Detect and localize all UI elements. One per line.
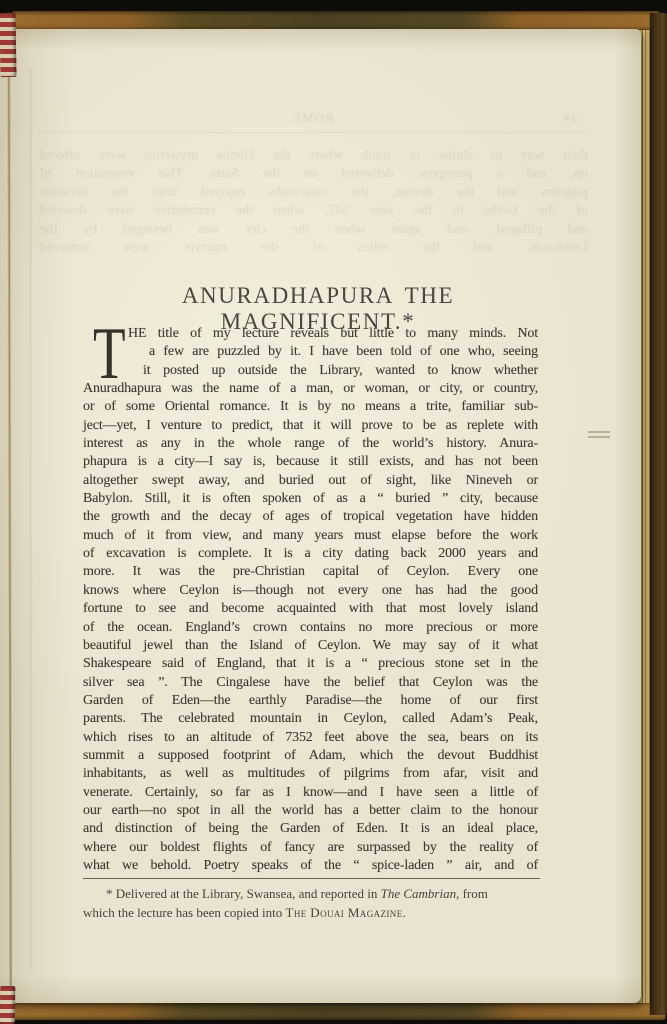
body-line: more. It was the pre-Christian capital o… bbox=[83, 563, 538, 581]
body-line: where our boldest flights of fancy are s… bbox=[83, 839, 538, 857]
body-line: beautiful jewel than the Island of Ceylo… bbox=[83, 637, 538, 655]
footnote-line: which the lecture has been copied into T… bbox=[83, 903, 555, 922]
body-line: what we behold. Poetry speaks of the “ s… bbox=[83, 857, 538, 875]
verso-line: up, and a panegyric delivered on the Sai… bbox=[40, 165, 588, 183]
verso-header-rule bbox=[40, 132, 588, 133]
body-line: it posted up outside the Library, wanted… bbox=[143, 362, 538, 380]
book-cover-top-edge bbox=[12, 11, 660, 31]
verso-page-number: 24 bbox=[563, 110, 578, 126]
body-line: or of some Oriental romance. It is by no… bbox=[83, 398, 538, 416]
book-cover-right-edge bbox=[649, 13, 667, 1015]
footnote: * Delivered at the Library, Swansea, and… bbox=[83, 884, 555, 923]
body-line: inhabitants, as well as multitudes of pi… bbox=[83, 765, 538, 783]
footnote-smallcaps-title: The Douai Magazine. bbox=[286, 905, 407, 920]
footnote-text: , from bbox=[456, 886, 488, 901]
gutter-crease-faint bbox=[29, 69, 32, 969]
body-line: HE title of my lecture reveals but littl… bbox=[128, 325, 538, 343]
body-line: silver sea ”. The Cingalese have the bel… bbox=[83, 674, 538, 692]
body-line: phapura is a city—I say is, because it s… bbox=[83, 453, 538, 471]
verso-line: Lombards, and the relics of the martyrs … bbox=[40, 239, 588, 257]
headband-top bbox=[0, 13, 17, 77]
footnote-text: which the lecture has been copied into bbox=[83, 905, 286, 920]
margin-mark bbox=[588, 431, 610, 441]
body-text: HE title of my lecture reveals but littl… bbox=[83, 325, 538, 875]
verso-line: and pillaged, and again when the city wa… bbox=[40, 221, 588, 239]
body-line: Babylon. Still, it is often spoken of as… bbox=[83, 490, 538, 508]
verso-header-spacer bbox=[50, 110, 59, 126]
book-page: 24 ROME. their way to shrine or tomb whe… bbox=[0, 29, 641, 1003]
body-line: knows where Ceylon is—though not every o… bbox=[83, 582, 538, 600]
verso-lines: their way to shrine or tomb where the Di… bbox=[40, 147, 588, 257]
verso-header-title: ROME. bbox=[288, 110, 334, 126]
verso-running-header: 24 ROME. bbox=[40, 110, 588, 126]
verso-line: pilgrims and the devout, the catacombs e… bbox=[40, 184, 588, 202]
book-cover-bottom-edge bbox=[8, 1001, 666, 1020]
body-line: ject—yet, I venture to predict, that it … bbox=[83, 417, 538, 435]
body-line: Garden of Eden—the earthly Paradise—the … bbox=[83, 692, 538, 710]
body-line: the growth and the decay of ages of trop… bbox=[83, 508, 538, 526]
verso-line: of the Goths in the year 537, when the c… bbox=[40, 202, 588, 220]
margin-mark-line bbox=[588, 436, 610, 438]
body-line: interest as any in the whole range of th… bbox=[83, 435, 538, 453]
verso-showthrough: 24 ROME. their way to shrine or tomb whe… bbox=[40, 110, 588, 257]
headband-bottom bbox=[0, 986, 15, 1024]
body-line: and distinction of being the Garden of E… bbox=[83, 820, 538, 838]
body-line: venerate. Certainly, so far as I know—an… bbox=[83, 784, 538, 802]
verso-line: their way to shrine or tomb where the Di… bbox=[40, 147, 588, 165]
body-line: which rises to an altitude of 7352 feet … bbox=[83, 729, 538, 747]
body-line: fortune to see and become acquainted wit… bbox=[83, 600, 538, 618]
footnote-rule bbox=[83, 878, 540, 879]
body-line: parents. The celebrated mountain in Ceyl… bbox=[83, 710, 538, 728]
body-line: altogether swept away, and buried out of… bbox=[83, 472, 538, 490]
body-line: Anuradhapura was the name of a man, or w… bbox=[83, 380, 538, 398]
body-line: Shakespeare said of England, that it is … bbox=[83, 655, 538, 673]
body-line: of excavation is complete. It is a city … bbox=[83, 545, 538, 563]
body-line: summit a supposed footprint of Adam, whi… bbox=[83, 747, 538, 765]
body-line: of the ocean. England’s crown contains n… bbox=[83, 619, 538, 637]
body-line: a few are puzzled by it. I have been tol… bbox=[149, 343, 538, 361]
body-line: much of it from view, and many years mus… bbox=[83, 527, 538, 545]
margin-mark-line bbox=[588, 431, 610, 433]
footnote-italic-title: The Cambrian bbox=[381, 886, 456, 901]
footnote-text: * Delivered at the Library, Swansea, and… bbox=[106, 886, 381, 901]
gutter-crease bbox=[7, 34, 13, 994]
body-line: our earth—no spot in all the world has a… bbox=[83, 802, 538, 820]
footnote-line: * Delivered at the Library, Swansea, and… bbox=[83, 884, 555, 903]
